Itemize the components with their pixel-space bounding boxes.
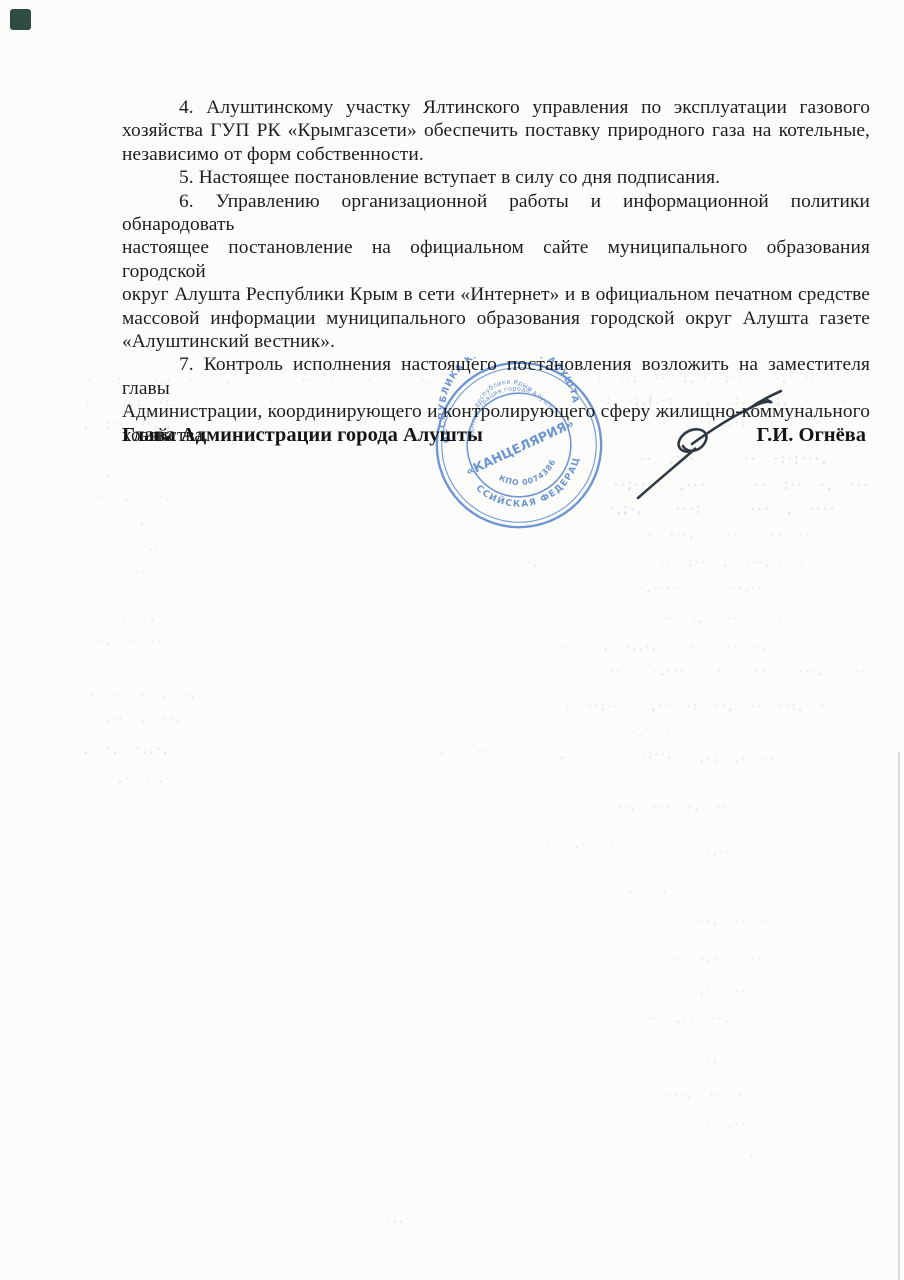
bleedthrough-fragment: · ·,· <box>120 540 161 553</box>
bleedthrough-fragment: ,·· ·· <box>700 985 748 998</box>
signature-stroke-flourish <box>692 400 772 444</box>
bleedthrough-fragment: ·· ,·· <box>700 1118 748 1131</box>
bleedthrough-fragment: ··, <box>736 1146 756 1159</box>
paragraph: 6. Управлению организационной работы и и… <box>122 190 870 354</box>
paragraph: 5. Настоящее постановление вступает в си… <box>122 166 870 189</box>
text-line: «Алуштинский вестник». <box>122 330 870 353</box>
text-line: независимо от форм собственности. <box>122 143 870 166</box>
bleedthrough-fragment: ·· ,·· ··, <box>648 1012 731 1025</box>
bleedthrough-fragment: · ·· , ·· <box>100 610 185 623</box>
bleedthrough-fragment: ··, ·· · <box>700 915 770 928</box>
bleedthrough-fragment: ··, · <box>700 1052 741 1065</box>
scan-corner-mark <box>10 9 31 30</box>
text-line: 6. Управлению организационной работы и и… <box>122 190 870 237</box>
text-line: округ Алушта Республики Крым в сети «Инт… <box>122 283 870 306</box>
bleedthrough-fragment: ··, · ·· <box>94 635 164 648</box>
text-line: массовой информации муниципального образ… <box>122 307 870 330</box>
office-stamp: РЕСПУБЛИКА КРЫМ ГОРОД АЛУШТА РОССИЙСКАЯ … <box>431 357 607 533</box>
signatory-title: Глава Администрации города Алушты <box>122 424 483 447</box>
bleedthrough-fragment: · ··:·· ,·· ·: ··, ·· ··:, · <box>566 700 827 713</box>
bleedthrough-fragment: ·, ·· · <box>632 726 695 739</box>
scan-edge-line <box>898 752 900 1280</box>
text-line: 4. Алуштинскому участку Ялтинского управ… <box>122 96 870 119</box>
bleedthrough-fragment: ·· ·, ··· · ·· <box>664 612 791 625</box>
bleedthrough-fragment: ·· ·,· ··· <box>540 838 623 851</box>
scanned-document-page: 4. Алуштинскому участку Ялтинского управ… <box>0 0 904 1280</box>
bleedthrough-fragment: ·,···· · ··,·· <box>640 582 764 595</box>
bleedthrough-fragment: ··· <box>128 565 148 578</box>
bleedthrough-fragment: ··, ··· ·, ·· <box>618 800 729 813</box>
bleedthrough-fragment: · ·· · , ·, <box>90 688 197 701</box>
handwritten-signature <box>622 378 802 508</box>
bleedthrough-fragment: · ,· ··,· <box>96 772 172 785</box>
bleedthrough-fragment: , ·, ·.,·, <box>84 742 170 756</box>
signature-stroke-top <box>750 391 781 408</box>
bleedthrough-fragment: · ·, ··,· · <box>600 882 698 895</box>
stamp-center-text: «КАНЦЕЛЯРИЯ» <box>463 416 576 479</box>
bleedthrough-fragment: ·· , ···, <box>96 490 172 503</box>
bleedthrough-fragment: ,·: ,· ·· <box>700 752 777 765</box>
bleedthrough-fragment: , ·· <box>440 745 490 758</box>
text-line: 5. Настоящее постановление вступает в си… <box>122 166 870 189</box>
bleedthrough-fragment: ··,·· <box>700 845 732 858</box>
bleedthrough-fragment: ·, · · <box>100 466 157 479</box>
paragraph: 4. Алуштинскому участку Ялтинского управ… <box>122 96 870 166</box>
bleedthrough-fragment: · ···, ·· ·· ·· <box>648 528 812 541</box>
bleedthrough-fragment: ··,, <box>380 1212 406 1225</box>
bleedthrough-fragment: , · · ·:··, <box>560 748 674 761</box>
bleedthrough-fragment: ·· :·· , ···,·· · <box>660 556 807 569</box>
bleedthrough-fragment: ··, <box>520 556 540 569</box>
bleedthrough-fragment: ·· ·,··· · ·· ···, ·· <box>610 665 869 678</box>
text-line: хозяйства ГУП РК «Крымгазсети» обеспечит… <box>122 119 870 142</box>
bleedthrough-fragment: ,·· , ··,· <box>106 712 189 725</box>
bleedthrough-fragment: ·· <box>800 1228 813 1241</box>
bleedthrough-fragment: ···, ·· · <box>668 1088 744 1101</box>
bleedthrough-fragment: ·· ·,· ·· <box>672 952 764 965</box>
bleedthrough-fragment: ·· , ·,,·, · ·· ·, <box>560 640 768 653</box>
bleedthrough-fragment: , ··· <box>140 514 181 527</box>
text-line: настоящее постановление на официальном с… <box>122 236 870 283</box>
